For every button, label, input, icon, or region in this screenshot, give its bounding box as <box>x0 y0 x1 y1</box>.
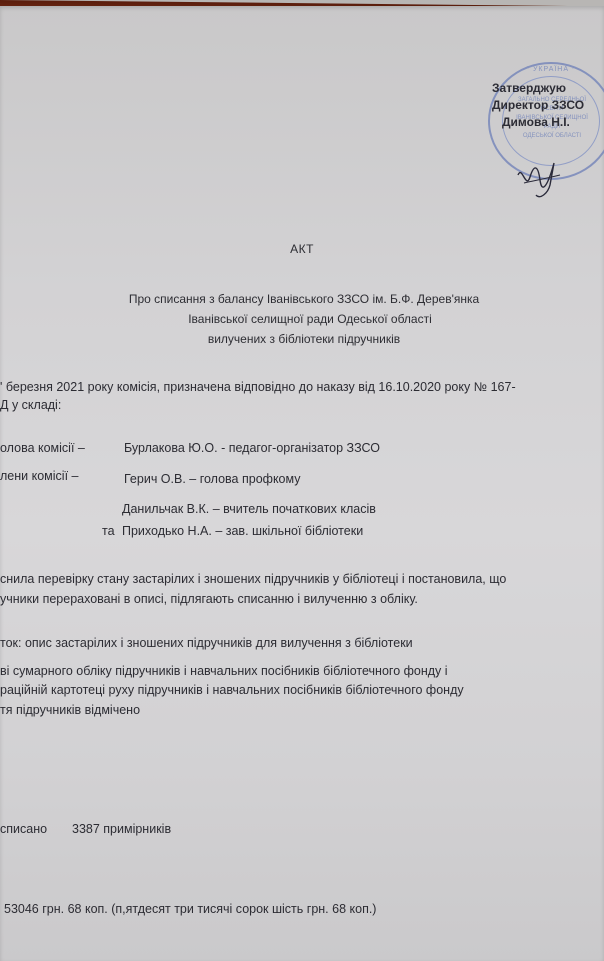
sum-line: 53046 грн. 68 коп. (п,ятдесят три тисячі… <box>4 902 376 916</box>
chair-label: олова комісії – <box>0 441 85 455</box>
member-3-prefix: та <box>102 524 115 538</box>
subtitle-line-2: Іванівської селищної ради Одеської облас… <box>8 312 604 326</box>
member-2: Данильчак В.К. – вчитель початкових клас… <box>122 502 376 516</box>
written-off-count: 3387 примірників <box>72 822 171 836</box>
attachment-line: ток: опис застарілих і зношених підручни… <box>0 636 413 650</box>
subtitle-line-3: вилучених з бібліотеки підручників <box>2 332 604 346</box>
approval-name: Димова Н.І. <box>492 114 604 131</box>
accounting-line-1: ві сумарного обліку підручників і навчал… <box>0 664 448 678</box>
subtitle-line-1: Про списання з балансу Іванівського ЗЗСО… <box>2 292 604 306</box>
intro-line-2: Д у складі: <box>0 398 61 412</box>
accounting-line-2: раційній картотеці руху підручників і на… <box>0 683 464 697</box>
approval-heading: Затверджую <box>492 80 604 97</box>
approval-block: Затверджую Директор ЗЗСО Димова Н.І. <box>492 80 604 131</box>
findings-line-2: учники перераховані в описі, підлягають … <box>0 592 418 606</box>
member-3: Приходько Н.А. – зав. шкільної бібліотек… <box>122 524 363 538</box>
signature-icon <box>510 145 570 205</box>
document-heading: АКТ <box>0 242 604 256</box>
members-label: лени комісії – <box>0 469 78 483</box>
intro-line-1: ' березня 2021 року комісія, призначена … <box>0 380 516 394</box>
member-1: Герич О.В. – голова профкому <box>124 472 300 486</box>
chair-value: Бурлакова Ю.О. - педагог-організатор ЗЗС… <box>124 441 380 455</box>
findings-line-1: снила перевірку стану застарілих і зноше… <box>0 572 506 586</box>
stamp-line: ОДЕСЬКОЇ ОБЛАСТІ <box>510 132 594 141</box>
approval-position: Директор ЗЗСО <box>492 97 604 114</box>
written-off-label: списано <box>0 822 47 836</box>
stamp-ring-text: * УКРАЇНА * <box>490 66 604 73</box>
accounting-line-3: тя підручників відмічено <box>0 703 140 717</box>
